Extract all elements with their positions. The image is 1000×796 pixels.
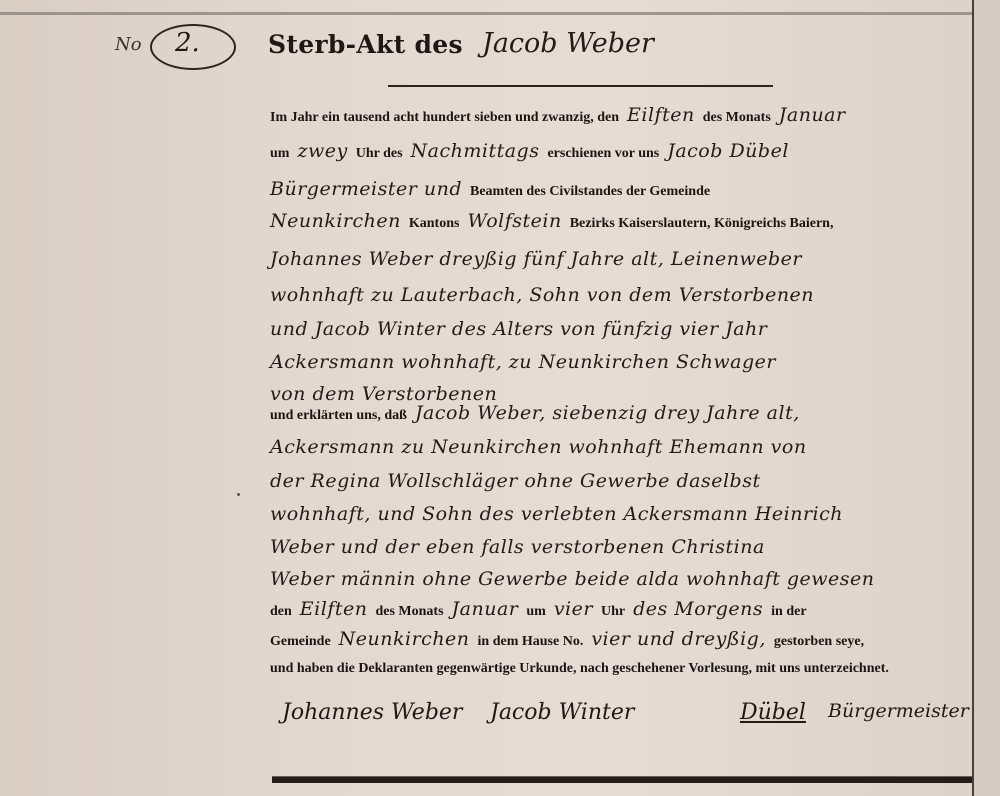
signature: Dübel [740, 700, 806, 725]
printed-text: in dem Hause No. [478, 634, 584, 649]
deceased-name: Jacob Weber [482, 28, 654, 59]
handwritten-text: vier und dreyßig, [591, 628, 766, 650]
record-line: Ackersmann wohnhaft, zu Neunkirchen Schw… [270, 351, 784, 373]
record-line: und erklärten uns, daßJacob Weber, siebe… [270, 402, 808, 424]
handwritten-text: der Regina Wollschläger ohne Gewerbe das… [270, 470, 761, 492]
handwritten-text: Johannes Weber dreyßig fünf Jahre alt, L… [270, 248, 802, 270]
handwritten-text: Januar [452, 598, 519, 620]
ink-mark [237, 493, 240, 496]
document-page: No 2. Sterb-Akt des Jacob Weber Im Jahr … [0, 0, 1000, 796]
handwritten-text: vier [554, 598, 593, 620]
handwritten-text: Eilften [627, 104, 695, 126]
record-line: der Regina Wollschläger ohne Gewerbe das… [270, 470, 769, 492]
handwritten-text: wohnhaft, und Sohn des verlebten Ackersm… [270, 503, 843, 525]
printed-text: Bezirks Kaiserslautern, Königreichs Baie… [570, 216, 834, 231]
printed-text: gestorben seye, [774, 634, 864, 649]
printed-text: um [526, 604, 545, 619]
printed-text: Kantons [409, 216, 460, 231]
handwritten-text: des Morgens [633, 598, 763, 620]
number-prefix: No [115, 34, 142, 55]
record-line: umzweyUhr desNachmittagserschienen vor u… [270, 140, 797, 162]
handwritten-text: und Jacob Winter des Alters von fünfzig … [270, 318, 767, 340]
handwritten-text: Ackersmann zu Neunkirchen wohnhaft Ehema… [270, 436, 807, 458]
record-line: Bürgermeister undBeamten des Civilstande… [270, 178, 718, 200]
record-line: denEilftendes MonatsJanuarumvierUhrdes M… [270, 598, 815, 620]
record-line: GemeindeNeunkirchenin dem Hause No.vier … [270, 628, 872, 650]
printed-text: Beamten des Civilstandes der Gemeinde [470, 184, 710, 199]
record-line: Weber männin ohne Gewerbe beide alda woh… [270, 568, 883, 590]
signature: Johannes Weber [282, 700, 462, 725]
signature: Jacob Winter [490, 700, 634, 725]
record-line: und haben die Deklaranten gegenwärtige U… [270, 660, 897, 677]
handwritten-text: zwey [297, 140, 347, 162]
handwritten-text: Bürgermeister und [270, 178, 462, 200]
handwritten-text: Januar [779, 104, 846, 126]
handwritten-text: Weber und der eben falls verstorbenen Ch… [270, 536, 765, 558]
printed-text: und haben die Deklaranten gegenwärtige U… [270, 661, 889, 676]
handwritten-text: Weber männin ohne Gewerbe beide alda woh… [270, 568, 875, 590]
printed-text: Gemeinde [270, 634, 331, 649]
record-line: NeunkirchenKantonsWolfsteinBezirks Kaise… [270, 210, 841, 232]
record-line: Weber und der eben falls verstorbenen Ch… [270, 536, 773, 558]
printed-text: und erklärten uns, daß [270, 408, 407, 423]
record-line: Ackersmann zu Neunkirchen wohnhaft Ehema… [270, 436, 815, 458]
printed-text: des Monats [375, 604, 443, 619]
title-underline [388, 85, 773, 87]
printed-text: Uhr [601, 604, 625, 619]
handwritten-text: Nachmittags [411, 140, 540, 162]
number-value: 2. [175, 28, 200, 58]
handwritten-text: Neunkirchen [339, 628, 470, 650]
printed-text: in der [771, 604, 806, 619]
record-line: wohnhaft zu Lauterbach, Sohn von dem Ver… [270, 284, 822, 306]
signature-title: Bürgermeister [828, 700, 969, 722]
handwritten-text: Jacob Weber, siebenzig drey Jahre alt, [415, 402, 800, 424]
top-rule [0, 12, 975, 15]
handwritten-text: Ackersmann wohnhaft, zu Neunkirchen Schw… [270, 351, 776, 373]
bottom-rule [272, 776, 972, 783]
printed-text: den [270, 604, 292, 619]
handwritten-text: Neunkirchen [270, 210, 401, 232]
printed-text: Uhr des [356, 146, 403, 161]
handwritten-text: Eilften [300, 598, 368, 620]
handwritten-text: Wolfstein [467, 210, 561, 232]
handwritten-text: wohnhaft zu Lauterbach, Sohn von dem Ver… [270, 284, 814, 306]
adjacent-page-margin [974, 0, 1000, 796]
printed-text: des Monats [703, 110, 771, 125]
printed-text: erschienen vor uns [547, 146, 659, 161]
record-line: wohnhaft, und Sohn des verlebten Ackersm… [270, 503, 851, 525]
handwritten-text: Jacob Dübel [667, 140, 789, 162]
record-line: Johannes Weber dreyßig fünf Jahre alt, L… [270, 248, 810, 270]
record-line: und Jacob Winter des Alters von fünfzig … [270, 318, 775, 340]
printed-text: um [270, 146, 289, 161]
record-line: Im Jahr ein tausend acht hundert sieben … [270, 104, 854, 126]
printed-text: Im Jahr ein tausend acht hundert sieben … [270, 110, 619, 125]
page-title: Sterb-Akt des [268, 30, 463, 59]
